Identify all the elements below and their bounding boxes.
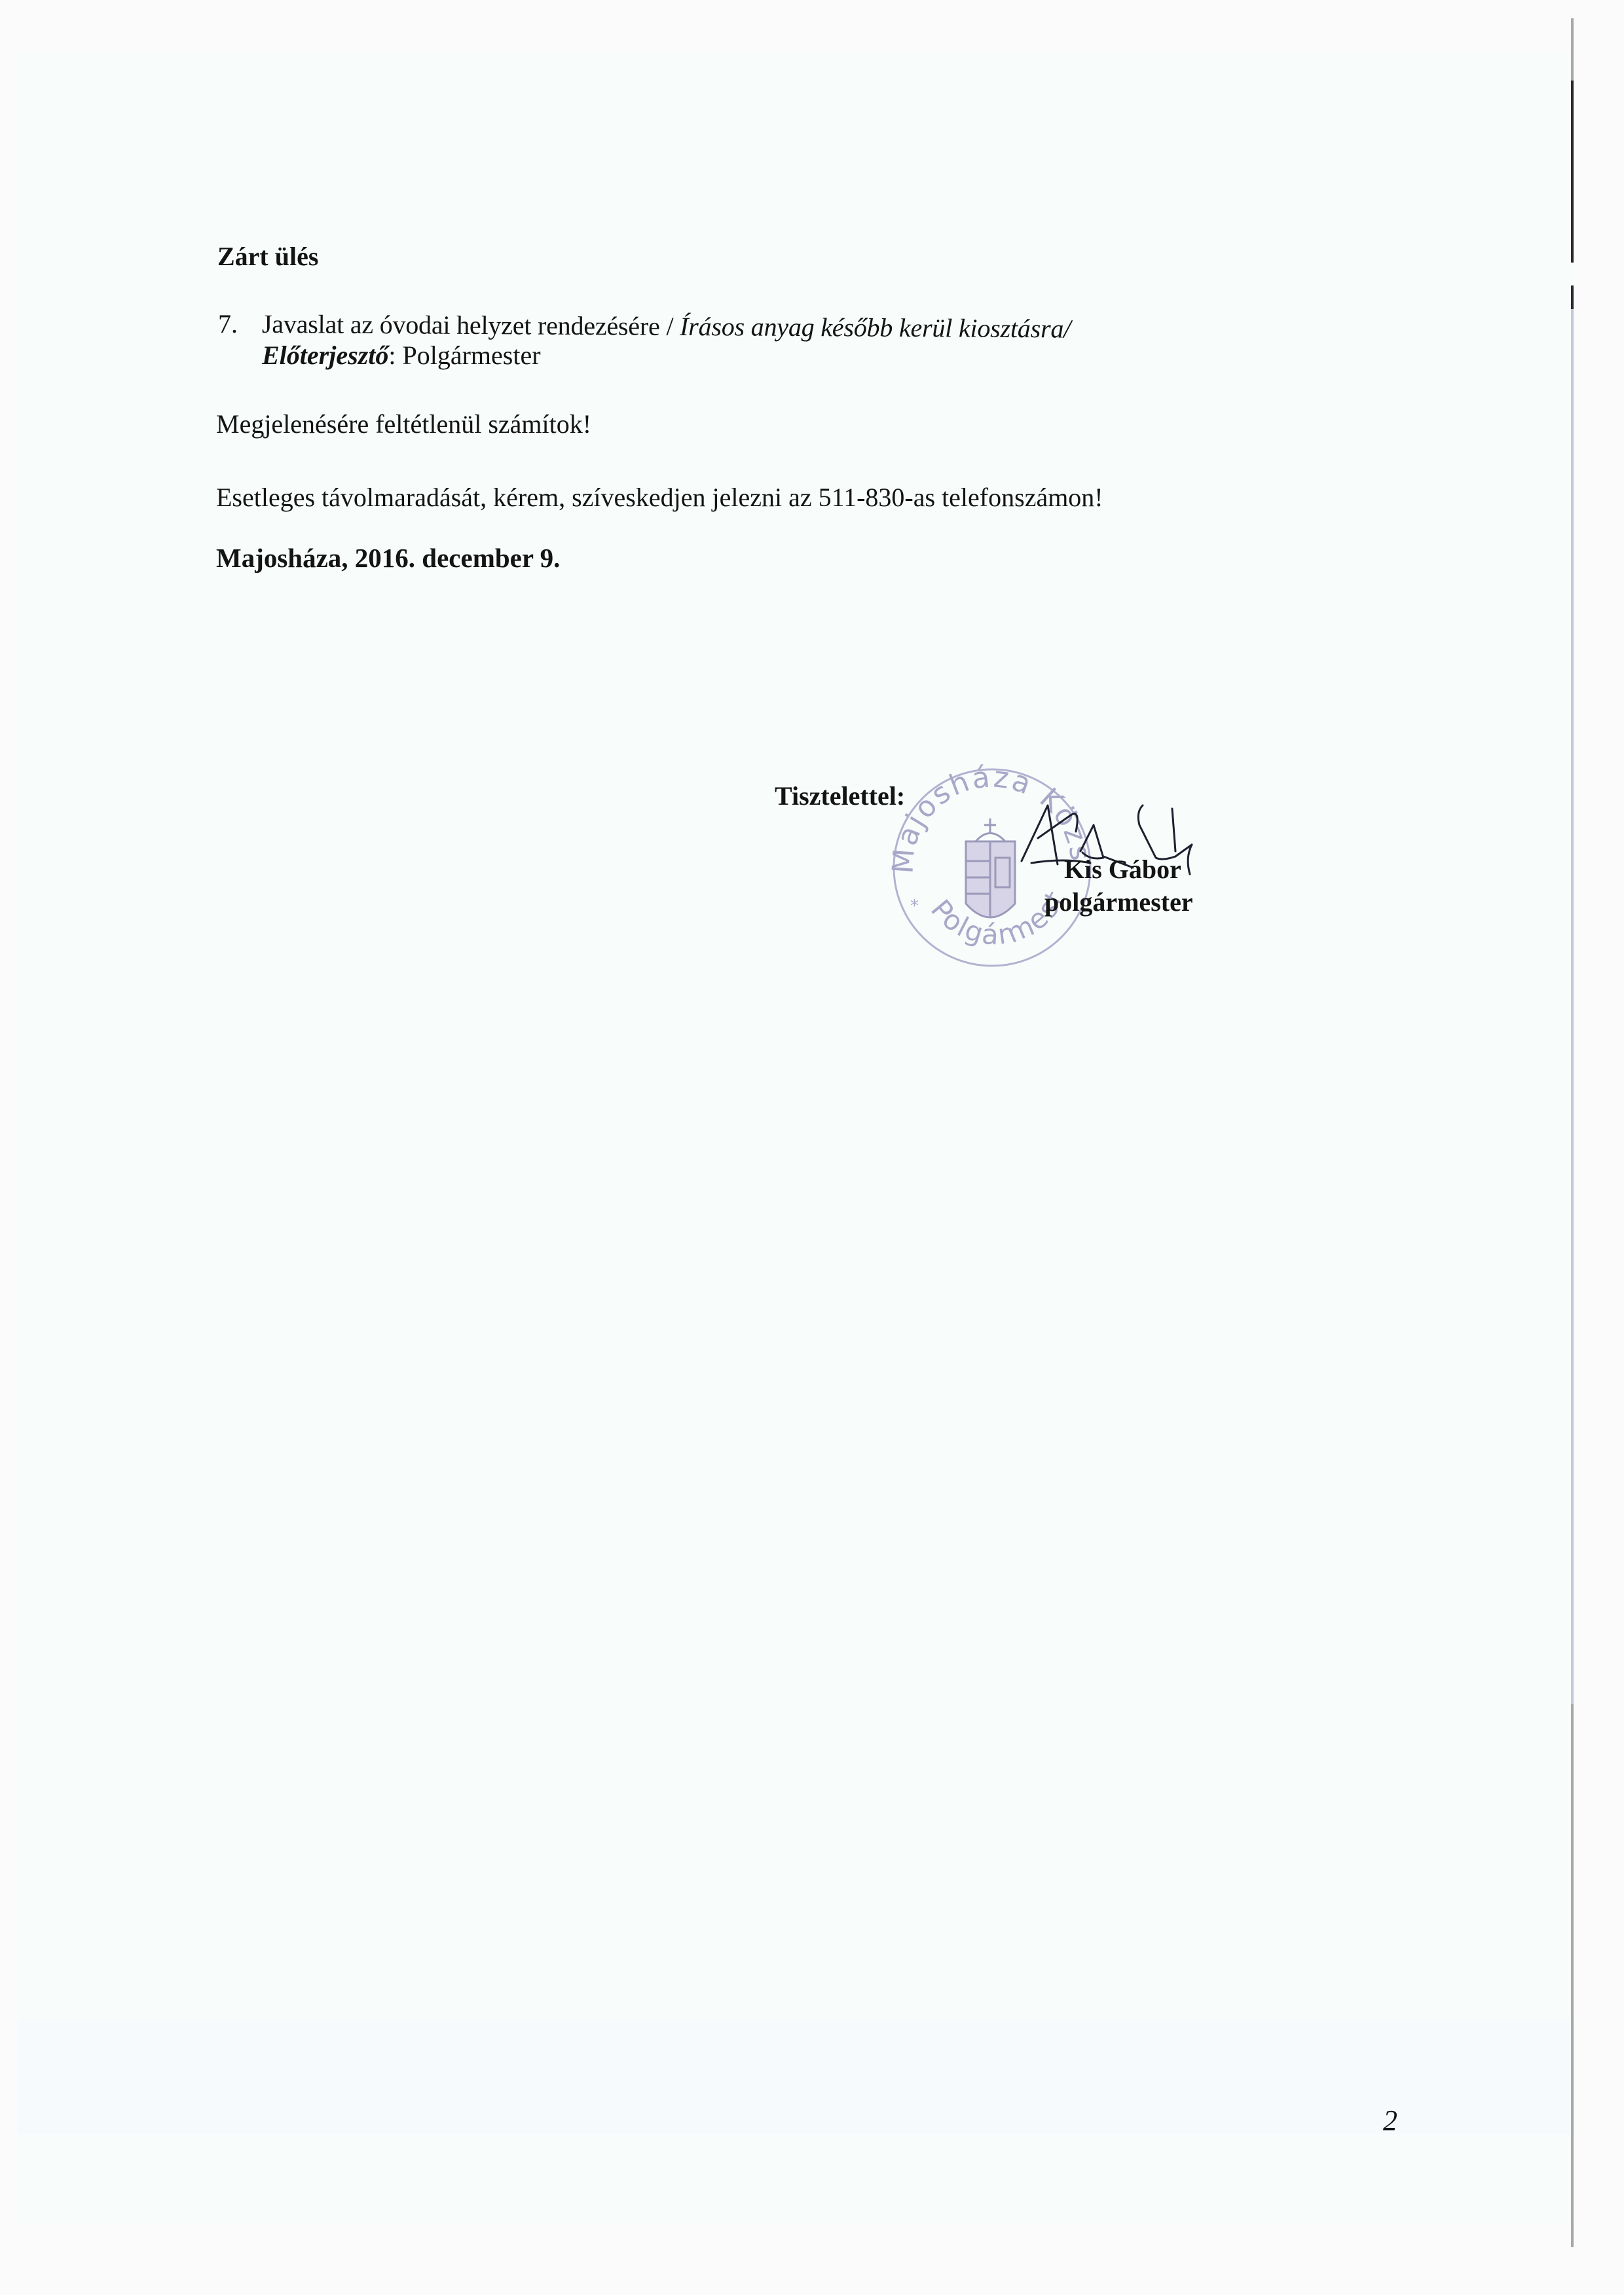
scan-edge-line (1571, 309, 1574, 1704)
agenda-item-title-line: Javaslat az óvodai helyzet rendezésére /… (262, 311, 1071, 342)
scan-edge-line (1571, 81, 1574, 263)
presenter-value: Polgármester (402, 340, 540, 370)
scan-artifact-band (18, 2020, 1572, 2135)
place-and-date: Majosháza, 2016. december 9. (216, 545, 560, 572)
scan-edge-line (1571, 18, 1574, 81)
coat-of-arms-icon (966, 818, 1015, 917)
closing-greeting: Tisztelettel: (775, 783, 905, 809)
agenda-item-note: Írásos anyag később kerül kiosztásra/ (680, 312, 1071, 344)
agenda-item-title: Javaslat az óvodai helyzet rendezésére (262, 309, 660, 341)
page-number: 2 (1383, 2106, 1397, 2135)
attendance-paragraph: Megjelenésére feltétlenül számítok! (216, 411, 591, 437)
signer-title: polgármester (1044, 889, 1193, 915)
presenter-label: Előterjesztő (262, 340, 388, 370)
section-heading: Zárt ülés (217, 244, 318, 270)
scanned-page (18, 51, 1572, 2225)
signer-name: Kis Gábor (1064, 856, 1181, 883)
agenda-item-separator: / (659, 312, 680, 341)
presenter-colon: : (388, 340, 402, 370)
agenda-item-presenter-line: Előterjesztő: Polgármester (262, 342, 541, 369)
scan-edge-line (1571, 285, 1574, 309)
absence-notice-paragraph: Esetleges távolmaradását, kérem, szívesk… (216, 485, 1103, 511)
svg-text:*: * (910, 896, 919, 916)
scan-edge-line (1571, 1704, 1574, 2247)
agenda-item-number: 7. (218, 311, 238, 337)
